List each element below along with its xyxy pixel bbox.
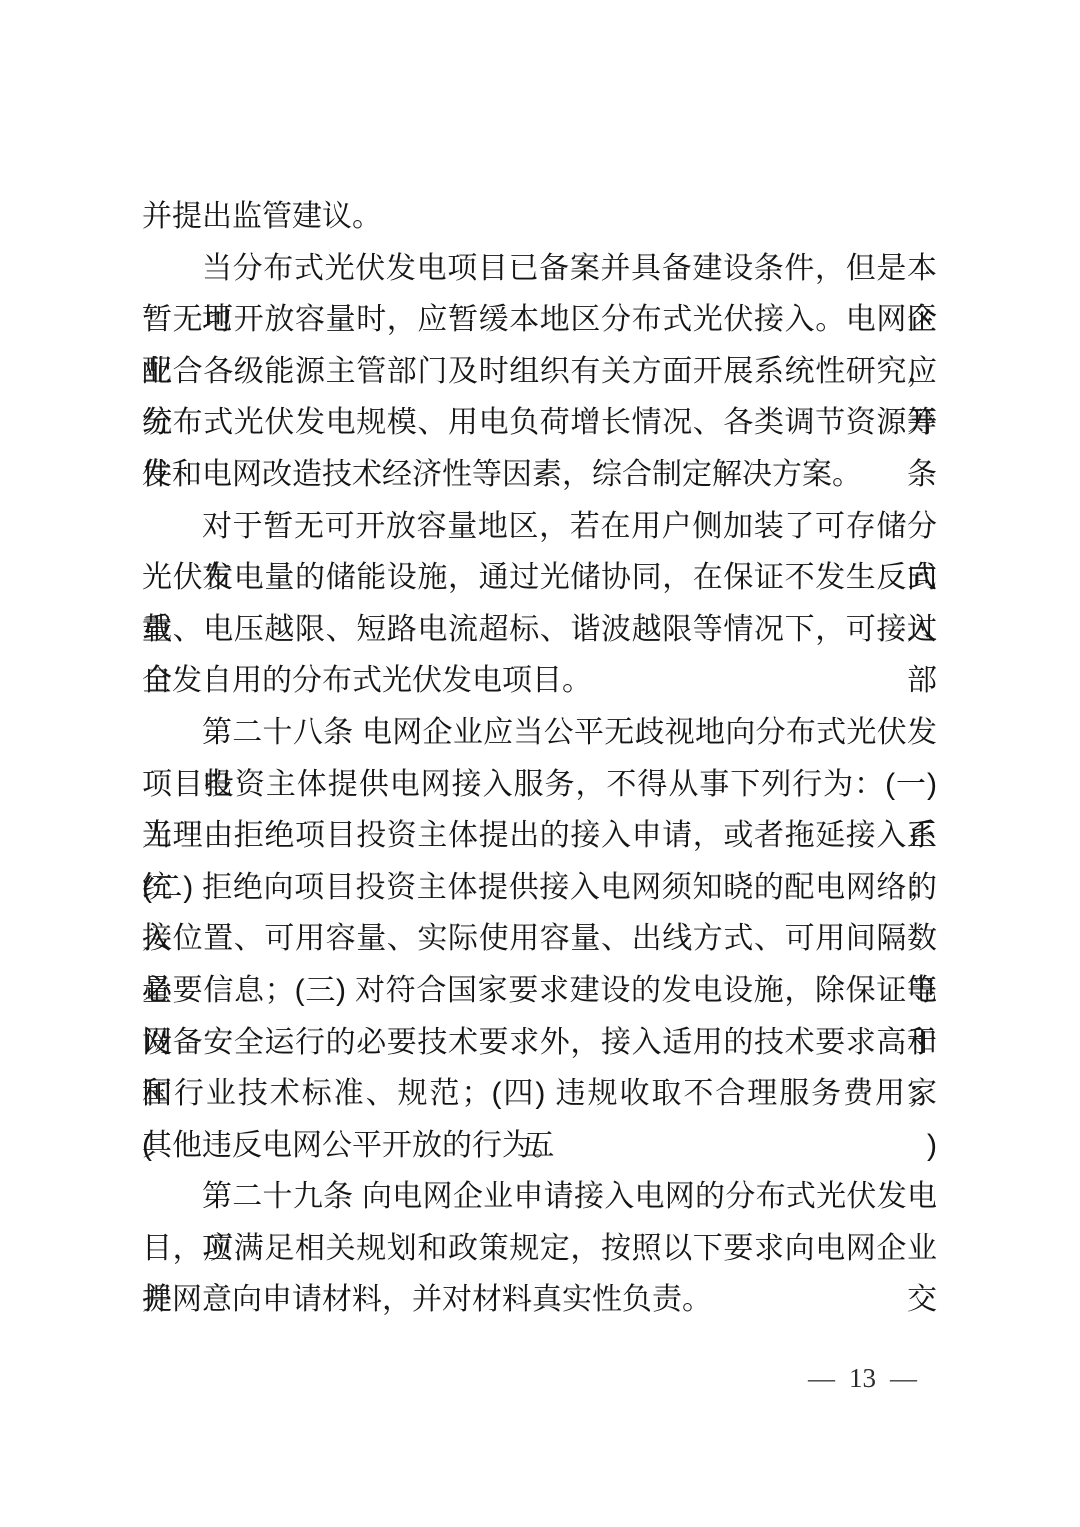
text-line: 件和电网改造技术经济性等因素，综合制定解决方案。 — [142, 449, 937, 501]
text-line: 光伏发电量的储能设施，通过光储协同，在保证不发生反向重过 — [142, 552, 937, 604]
text-line: 分布式光伏发电规模、用电负荷增长情况、各类调节资源开发条 — [142, 397, 937, 449]
text-line: 必要信息；(三) 对符合国家要求建设的发电设施，除保证电网和 — [142, 965, 937, 1017]
text-line: 载、电压越限、短路电流超标、谐波越限等情况下，可接入全部 — [142, 604, 937, 656]
page-number-value: 13 — [849, 1358, 876, 1398]
text-line: 入位置、可用容量、实际使用容量、出线方式、可用间隔数量等 — [142, 913, 937, 965]
text-line: 并提出监管建议。 — [142, 191, 937, 243]
text-line: 配合各级能源主管部门及时组织有关方面开展系统性研究，统筹 — [142, 346, 937, 398]
text-line: 第二十八条 电网企业应当公平无歧视地向分布式光伏发电 — [142, 707, 937, 759]
text-line: 第二十九条 向电网企业申请接入电网的分布式光伏发电项 — [142, 1171, 937, 1223]
text-line: 设备安全运行的必要技术要求外，接入适用的技术要求高于国家 — [142, 1017, 937, 1069]
text-line: 当分布式光伏发电项目已备案并具备建设条件，但是本地区 — [142, 243, 937, 295]
text-line: 目，应满足相关规划和政策规定，按照以下要求向电网企业提交 — [142, 1223, 937, 1275]
text-line: (二) 拒绝向项目投资主体提供接入电网须知晓的配电网络的接 — [142, 862, 937, 914]
page-number-dash-left: — — [808, 1358, 835, 1398]
text-line: 项目投资主体提供电网接入服务，不得从事下列行为：(一) 无正 — [142, 759, 937, 811]
document-body: 并提出监管建议。当分布式光伏发电项目已备案并具备建设条件，但是本地区暂无可开放容… — [142, 191, 937, 1326]
text-line: 暂无可开放容量时，应暂缓本地区分布式光伏接入。电网企业应 — [142, 294, 937, 346]
document-page: 并提出监管建议。当分布式光伏发电项目已备案并具备建设条件，但是本地区暂无可开放容… — [0, 0, 1080, 1527]
page-number-dash-right: — — [890, 1358, 917, 1398]
text-line: 和行业技术标准、规范；(四) 违规收取不合理服务费用；(五) — [142, 1068, 937, 1120]
text-line: 对于暂无可开放容量地区，若在用户侧加装了可存储分布式 — [142, 501, 937, 553]
page-number: — 13 — — [808, 1358, 917, 1398]
text-line: 当理由拒绝项目投资主体提出的接入申请，或者拖延接入系统； — [142, 810, 937, 862]
